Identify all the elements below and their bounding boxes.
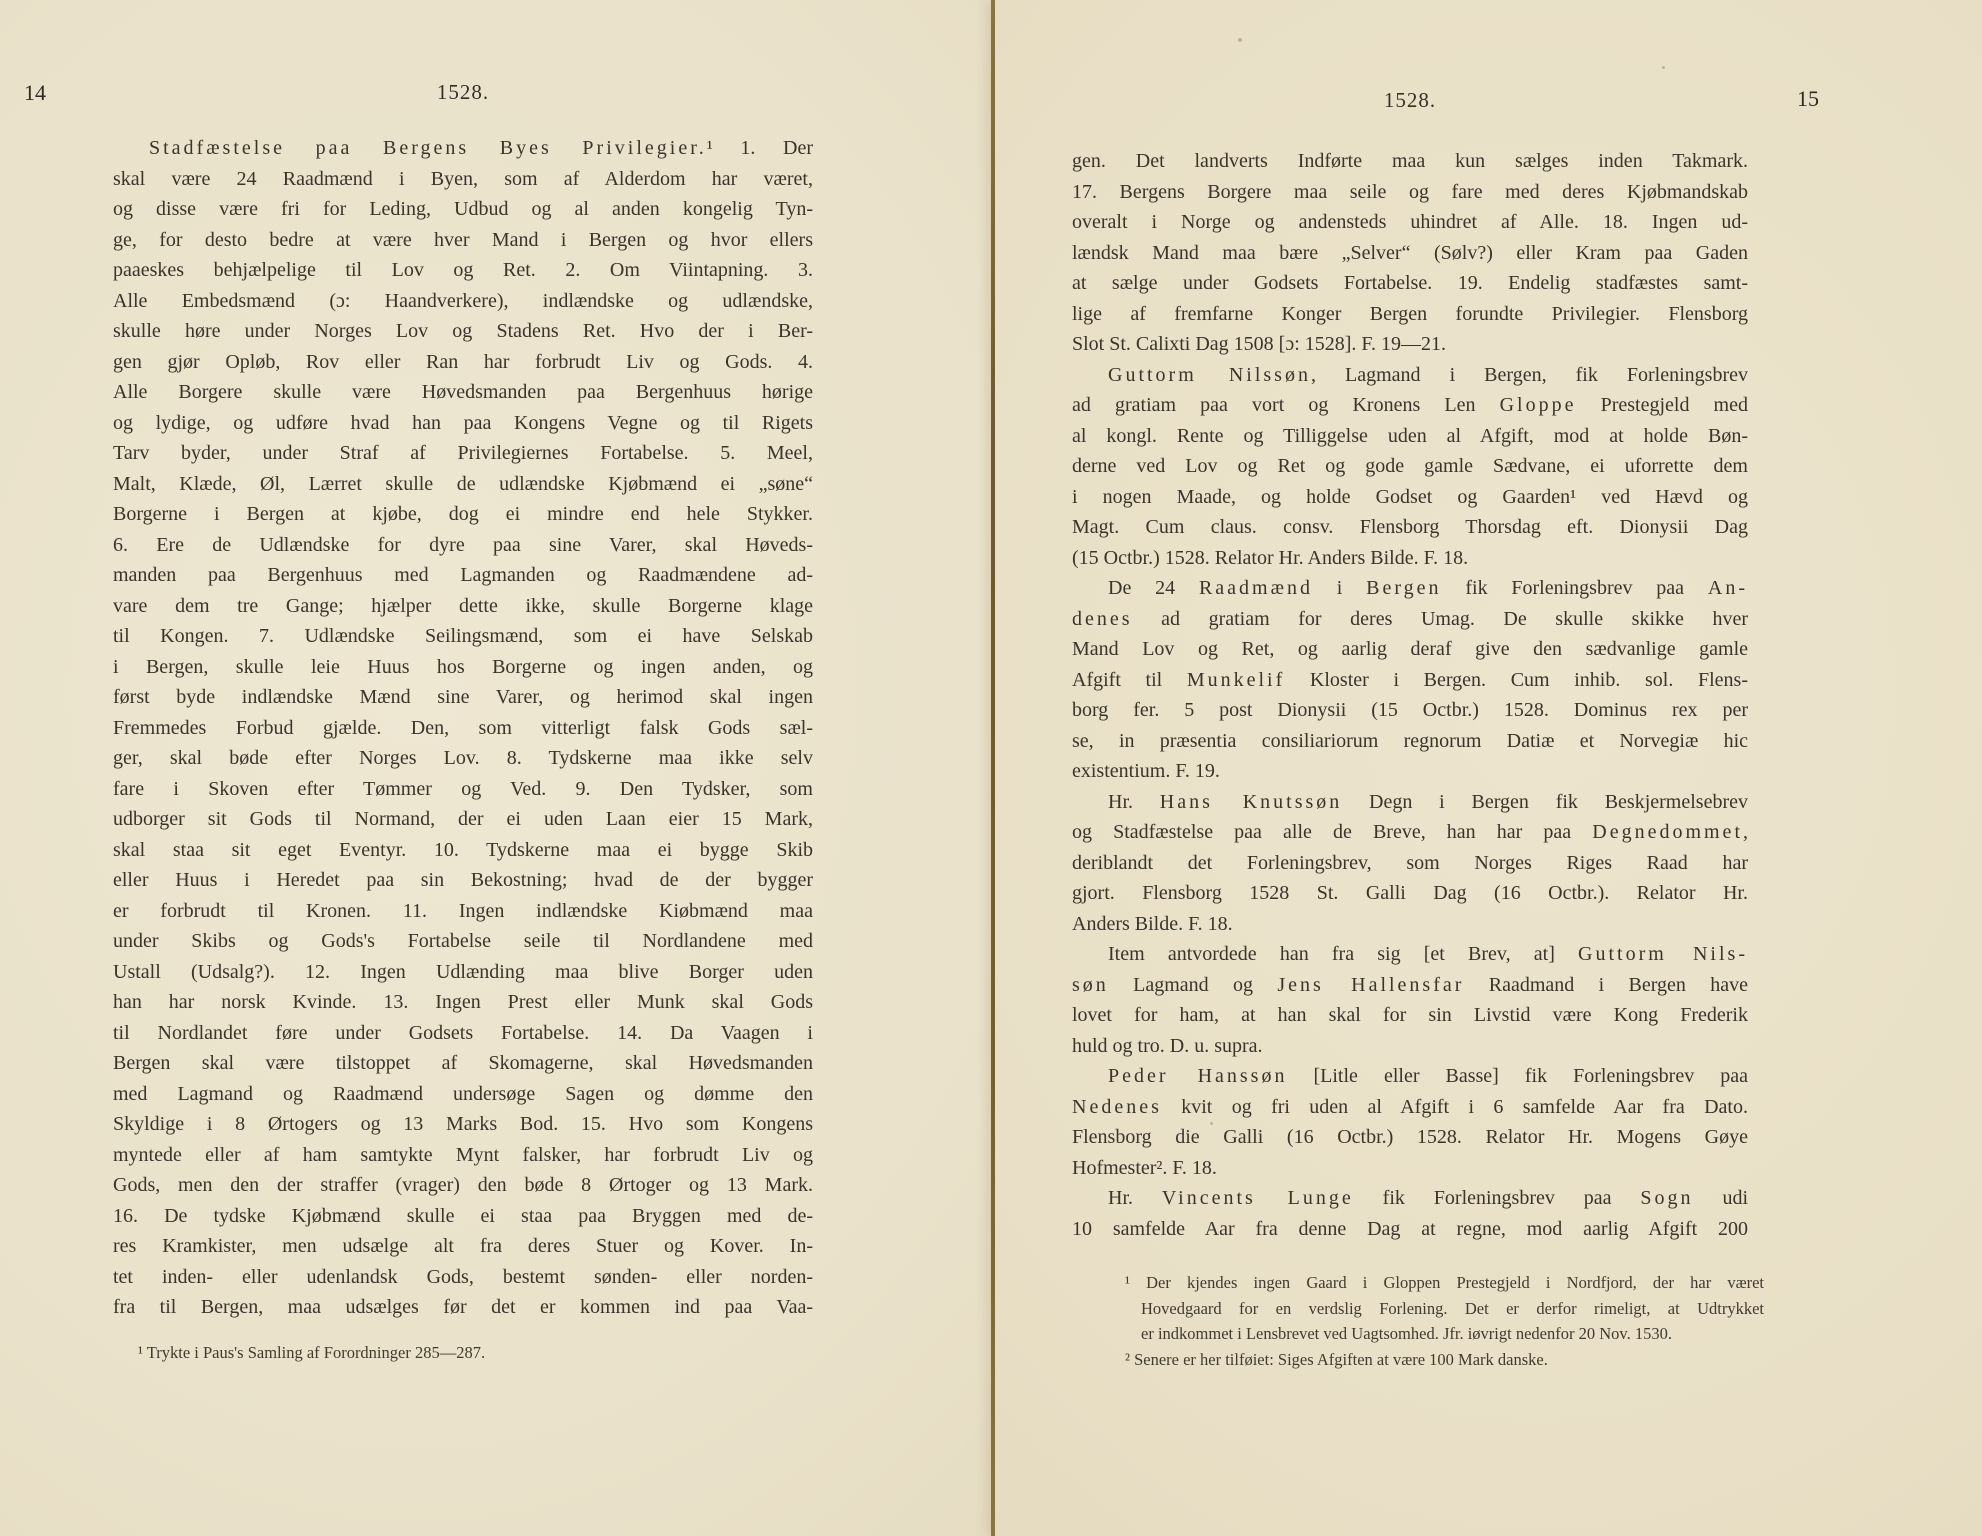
text-line: 6. Ere de Udlændske for dyre paa sine Va… (113, 530, 813, 561)
right-page-footnotes: ¹ Der kjendes ingen Gaard i Gloppen Pres… (1072, 1270, 1764, 1372)
text-line: ger, skal bøde efter Norges Lov. 8. Tyds… (113, 743, 813, 774)
text-line: og disse være fri for Leding, Udbud og a… (113, 194, 813, 225)
text-line: Flensborg die Galli (16 Octbr.) 1528. Re… (1072, 1122, 1748, 1153)
letterspaced-name: Guttorm Nils- (1578, 943, 1748, 965)
text-line: Borgerne i Bergen at kjøbe, dog ei mindr… (113, 499, 813, 530)
text-line: se, in præsentia consiliariorum regnorum… (1072, 726, 1748, 757)
text-line: Stadfæstelse paa Bergens Byes Privilegie… (113, 133, 813, 164)
text-line: borg fer. 5 post Dionysii (15 Octbr.) 15… (1072, 695, 1748, 726)
text-line: Magt. Cum claus. consv. Flensborg Thorsd… (1072, 512, 1748, 543)
text-line: søn Lagmand og Jens Hallensfar Raadmand … (1072, 970, 1748, 1001)
text-line: 10 samfelde Aar fra denne Dag at regne, … (1072, 1214, 1748, 1245)
text-line: Nedenes kvit og fri uden al Afgift i 6 s… (1072, 1092, 1748, 1123)
text-line: fare i Skoven efter Tømmer og Ved. 9. De… (113, 774, 813, 805)
paper-speck (1238, 38, 1242, 42)
text-line: Ustall (Udsalg?). 12. Ingen Udlænding ma… (113, 957, 813, 988)
letterspaced-name: søn (1072, 974, 1109, 996)
text-line: gen. Det landverts Indførte maa kun sælg… (1072, 146, 1748, 177)
text-line: til Kongen. 7. Udlændske Seilingsmænd, s… (113, 621, 813, 652)
text-line: denes ad gratiam for deres Umag. De skul… (1072, 604, 1748, 635)
text-line: han har norsk Kvinde. 13. Ingen Prest el… (113, 987, 813, 1018)
text-line: gen gjør Opløb, Rov eller Ran har forbru… (113, 347, 813, 378)
right-page-body-text: gen. Det landverts Indførte maa kun sælg… (1072, 146, 1748, 1244)
left-page-body-text: Stadfæstelse paa Bergens Byes Privilegie… (113, 133, 813, 1323)
text-line: existentium. F. 19. (1072, 756, 1748, 787)
text-line: Peder Hanssøn [Litle eller Basse] fik Fo… (1072, 1061, 1748, 1092)
text-line: med Lagmand og Raadmænd undersøge Sagen … (113, 1079, 813, 1110)
text-line: overalt i Norge og andensteds uhindret a… (1072, 207, 1748, 238)
text-line: under Skibs og Gods's Fortabelse seile t… (113, 926, 813, 957)
text-line: og lydige, og udføre hvad han paa Kongen… (113, 408, 813, 439)
letterspaced-name: Hans Knutssøn (1160, 791, 1342, 813)
letterspaced-name: Jens Hallensfar (1277, 974, 1464, 996)
text-line: Bergen skal være tilstoppet af Skomagern… (113, 1048, 813, 1079)
paper-speck (1210, 1122, 1213, 1125)
footnote-line: ¹ Trykte i Paus's Samling af Forordninge… (113, 1340, 813, 1366)
text-line: i nogen Maade, og holde Godset og Gaarde… (1072, 482, 1748, 513)
text-line: eller Huus i Heredet paa sin Bekostning;… (113, 865, 813, 896)
text-line: udborger sit Gods til Normand, der ei ud… (113, 804, 813, 835)
text-line: Fremmedes Forbud gjælde. Den, som vitter… (113, 713, 813, 744)
text-line: ad gratiam paa vort og Kronens Len Glopp… (1072, 390, 1748, 421)
letterspaced-name: Vincents Lunge (1162, 1187, 1354, 1209)
text-line: Slot St. Calixti Dag 1508 [ɔ: 1528]. F. … (1072, 329, 1748, 360)
text-line: deriblandt det Forleningsbrev, som Norge… (1072, 848, 1748, 879)
text-line: at sælge under Godsets Fortabelse. 19. E… (1072, 268, 1748, 299)
text-line: res Kramkister, men udsælge alt fra dere… (113, 1231, 813, 1262)
text-line: paaeskes behjælpelige til Lov og Ret. 2.… (113, 255, 813, 286)
letterspaced-name: Guttorm Nilssøn (1108, 364, 1311, 386)
text-line: til Nordlandet føre under Godsets Fortab… (113, 1018, 813, 1049)
text-line: i Bergen, skulle leie Huus hos Borgerne … (113, 652, 813, 683)
text-line: lændsk Mand maa bære „Selver“ (Sølv?) el… (1072, 238, 1748, 269)
text-line: lige af fremfarne Konger Bergen forundte… (1072, 299, 1748, 330)
text-line: gjort. Flensborg 1528 St. Galli Dag (16 … (1072, 878, 1748, 909)
text-line: Alle Borgere skulle være Høvedsmanden pa… (113, 377, 813, 408)
paper-speck (1662, 66, 1665, 69)
running-head-right: 1528. (1072, 88, 1748, 113)
paper-speck (242, 1186, 245, 1189)
letterspaced-name: Nedenes (1072, 1096, 1162, 1118)
book-spread: 14 1528. Stadfæstelse paa Bergens Byes P… (0, 0, 1982, 1536)
text-line: (15 Octbr.) 1528. Relator Hr. Anders Bil… (1072, 543, 1748, 574)
page-number-right: 15 (1797, 86, 1819, 112)
text-line: fra til Bergen, maa udsælges før det er … (113, 1292, 813, 1323)
running-head-left: 1528. (113, 80, 813, 105)
page-15: 15 1528. gen. Det landverts Indførte maa… (995, 0, 1982, 1536)
footnote-line: Hovedgaard for en verdslig Forlening. De… (1072, 1296, 1764, 1322)
footnote-line: er indkommet i Lensbrevet ved Uagtsomhed… (1072, 1321, 1764, 1347)
text-line: er forbrudt til Kronen. 11. Ingen indlæn… (113, 896, 813, 927)
text-line: Afgift til Munkelif Kloster i Bergen. Cu… (1072, 665, 1748, 696)
letterspaced-name: Degnedommet (1592, 821, 1743, 843)
text-line: skal staa sit eget Eventyr. 10. Tydskern… (113, 835, 813, 866)
letterspaced-name: An- (1708, 577, 1748, 599)
letterspaced-name: Raadmænd (1199, 577, 1313, 599)
page-14: 14 1528. Stadfæstelse paa Bergens Byes P… (0, 0, 993, 1536)
text-line: Mand Lov og Ret, og aarlig deraf give de… (1072, 634, 1748, 665)
letterspaced-name: Gloppe (1500, 394, 1577, 416)
letterspaced-name: Stadfæstelse paa Bergens Byes Privilegie… (149, 137, 707, 159)
text-line: vare dem tre Gange; hjælper dette ikke, … (113, 591, 813, 622)
text-line: først byde indlændske Mænd sine Varer, o… (113, 682, 813, 713)
footnote-line: ¹ Der kjendes ingen Gaard i Gloppen Pres… (1072, 1270, 1764, 1296)
text-line: ge, for desto bedre at være hver Mand i … (113, 225, 813, 256)
letterspaced-name: Bergen (1366, 577, 1441, 599)
text-line: Alle Embedsmænd (ɔ: Haandverkere), indlæ… (113, 286, 813, 317)
text-line: skal være 24 Raadmænd i Byen, som af Ald… (113, 164, 813, 195)
text-line: Item antvordede han fra sig [et Brev, at… (1072, 939, 1748, 970)
text-line: Malt, Klæde, Øl, Lærret skulle de udlænd… (113, 469, 813, 500)
text-line: 16. De tydske Kjøbmænd skulle ei staa pa… (113, 1201, 813, 1232)
text-line: De 24 Raadmænd i Bergen fik Forleningsbr… (1072, 573, 1748, 604)
footnote-line: ² Senere er her tilføiet: Siges Afgiften… (1072, 1347, 1764, 1373)
text-line: Guttorm Nilssøn, Lagmand i Bergen, fik F… (1072, 360, 1748, 391)
text-line: al kongl. Rente og Tilliggelse uden al A… (1072, 421, 1748, 452)
text-line: Hofmester². F. 18. (1072, 1153, 1748, 1184)
left-page-footnotes: ¹ Trykte i Paus's Samling af Forordninge… (113, 1340, 813, 1366)
text-line: myntede eller af ham samtykte Mynt falsk… (113, 1140, 813, 1171)
text-line: og Stadfæstelse paa alle de Breve, han h… (1072, 817, 1748, 848)
text-line: lovet for ham, at han skal for sin Livst… (1072, 1000, 1748, 1031)
letterspaced-name: Munkelif (1187, 669, 1285, 691)
text-line: tet inden- eller udenlandsk Gods, bestem… (113, 1262, 813, 1293)
letterspaced-name: Sogn (1640, 1187, 1693, 1209)
text-line: derne ved Lov og Ret og gode gamle Sædva… (1072, 451, 1748, 482)
letterspaced-name: denes (1072, 608, 1133, 630)
text-line: Gods, men den der straffer (vrager) den … (113, 1170, 813, 1201)
text-line: huld og tro. D. u. supra. (1072, 1031, 1748, 1062)
text-line: 17. Bergens Borgere maa seile og fare me… (1072, 177, 1748, 208)
page-number-left: 14 (24, 80, 46, 106)
letterspaced-name: Peder Hanssøn (1108, 1065, 1287, 1087)
text-line: skulle høre under Norges Lov og Stadens … (113, 316, 813, 347)
text-line: Skyldige i 8 Ørtogers og 13 Marks Bod. 1… (113, 1109, 813, 1140)
text-line: Anders Bilde. F. 18. (1072, 909, 1748, 940)
text-line: manden paa Bergenhuus med Lagmanden og R… (113, 560, 813, 591)
text-line: Hr. Hans Knutssøn Degn i Bergen fik Besk… (1072, 787, 1748, 818)
text-line: Tarv byder, under Straf af Privilegierne… (113, 438, 813, 469)
text-line: Hr. Vincents Lunge fik Forleningsbrev pa… (1072, 1183, 1748, 1214)
